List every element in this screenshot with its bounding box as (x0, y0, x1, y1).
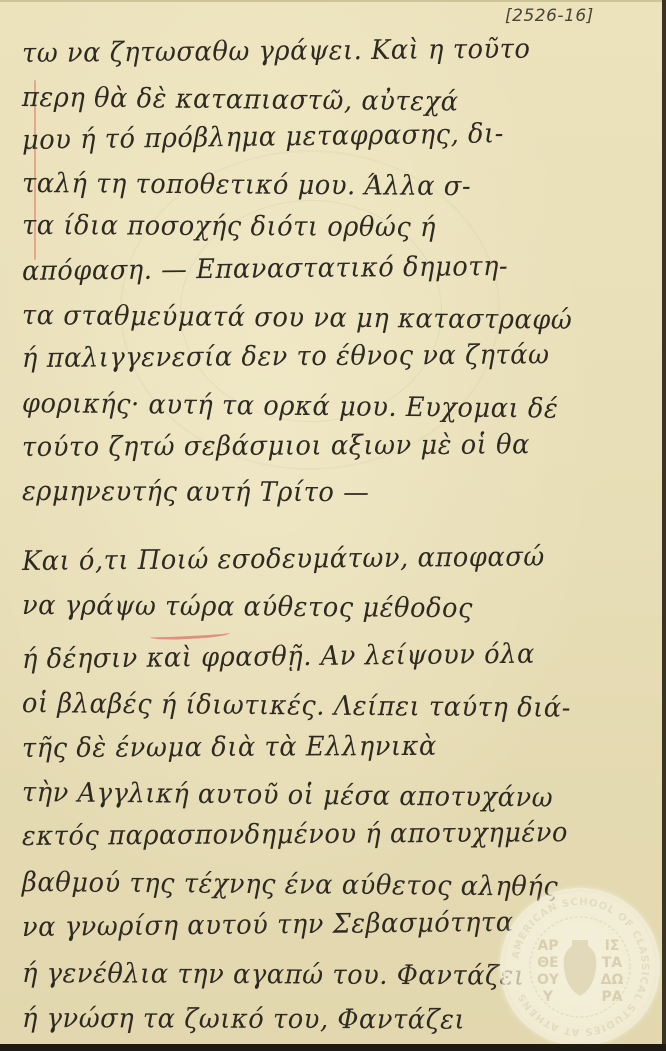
handwritten-line: εκτός παρασπονδημένου ή αποτυχημένο (22, 817, 568, 852)
handwritten-line: περη θὰ δὲ καταπιαστῶ, αὐτεχά (22, 82, 459, 118)
handwritten-line: ταλή τη τοποθετικό μου. Άλλα σ- (22, 168, 471, 202)
handwritten-line: ή δέησιν καὶ φρασθῇ. Αν λείψουν όλα (22, 639, 535, 675)
document-page: [2526-16] τω να ζητωσαθω γράψει. Καὶ η τ… (0, 0, 666, 1051)
handwritten-line: τω να ζητωσαθω γράψει. Καὶ η τοῦτο (22, 34, 531, 69)
handwritten-line: Και ό,τι Ποιώ εσοδευμάτων, αποφασώ (22, 541, 545, 577)
handwritten-line: να γράψω τώρα αύθετος μέθοδος (22, 590, 473, 624)
seal-motto-text: Υ (542, 989, 554, 1005)
handwritten-line: μου ή τό πρόβλημα μεταφρασης, δι- (22, 118, 504, 156)
scan-right-edge (662, 0, 666, 1051)
seal-motto-text: ΑΡ (537, 938, 558, 954)
handwritten-line: απόφαση. — Επαναστατικό δημοτη- (22, 251, 509, 287)
seal-motto-text: ΡΑ (601, 989, 622, 1005)
archive-seal-stamp: AMERICAN SCHOOL OF CLASSICAL STUDIES AT … (500, 888, 660, 1046)
handwritten-line: ερμηνευτής αυτή Τρίτο — (22, 476, 369, 508)
seal-motto-text: ΤΑ (602, 955, 623, 971)
handwritten-line: βαθμού της τέχνης ένα αύθετος αληθής (22, 867, 559, 903)
seal-motto-text: ΔΩ (601, 972, 624, 988)
handwritten-line: οἱ βλαβές ή ίδιωτικές. Λείπει ταύτη διά- (22, 688, 571, 724)
seal-motto-text: ΟΥ (537, 972, 560, 988)
handwritten-line: τα σταθμεύματά σου να μη καταστραφώ (22, 300, 573, 336)
handwritten-line: να γνωρίση αυτού την Σεβασμότητα (22, 907, 514, 943)
handwritten-line: ή παλιγγενεσία δεν το έθνος να ζητάω (22, 339, 550, 374)
scan-bottom-edge (0, 1044, 666, 1051)
handwritten-line: τα ίδια ποσοχής διότι ορθώς ή (22, 210, 436, 243)
handwritten-line: τῆς δὲ ένωμα διὰ τὰ Ελληνικὰ (22, 731, 437, 764)
handwritten-line: ή γνώση τα ζωικό του, Φαντάζει (22, 1003, 465, 1036)
handwritten-line: τούτο ζητώ σεβάσμιοι αξιων μὲ οἱ θα (22, 429, 530, 463)
handwritten-line: φορικής· αυτή τα ορκά μου. Ευχομαι δέ (22, 388, 559, 425)
handwritten-line: ή γενέθλια την αγαπώ του. Φαντάζει (22, 958, 525, 992)
amphora-icon (564, 940, 597, 996)
seal-icon: AMERICAN SCHOOL OF CLASSICAL STUDIES AT … (500, 888, 660, 1046)
handwritten-line: τὴν Αγγλική αυτοῦ οἱ μέσα αποτυχάνω (22, 777, 554, 814)
seal-motto-text: ΘΕ (537, 955, 558, 971)
seal-motto-text: ΙΣ (605, 938, 620, 954)
